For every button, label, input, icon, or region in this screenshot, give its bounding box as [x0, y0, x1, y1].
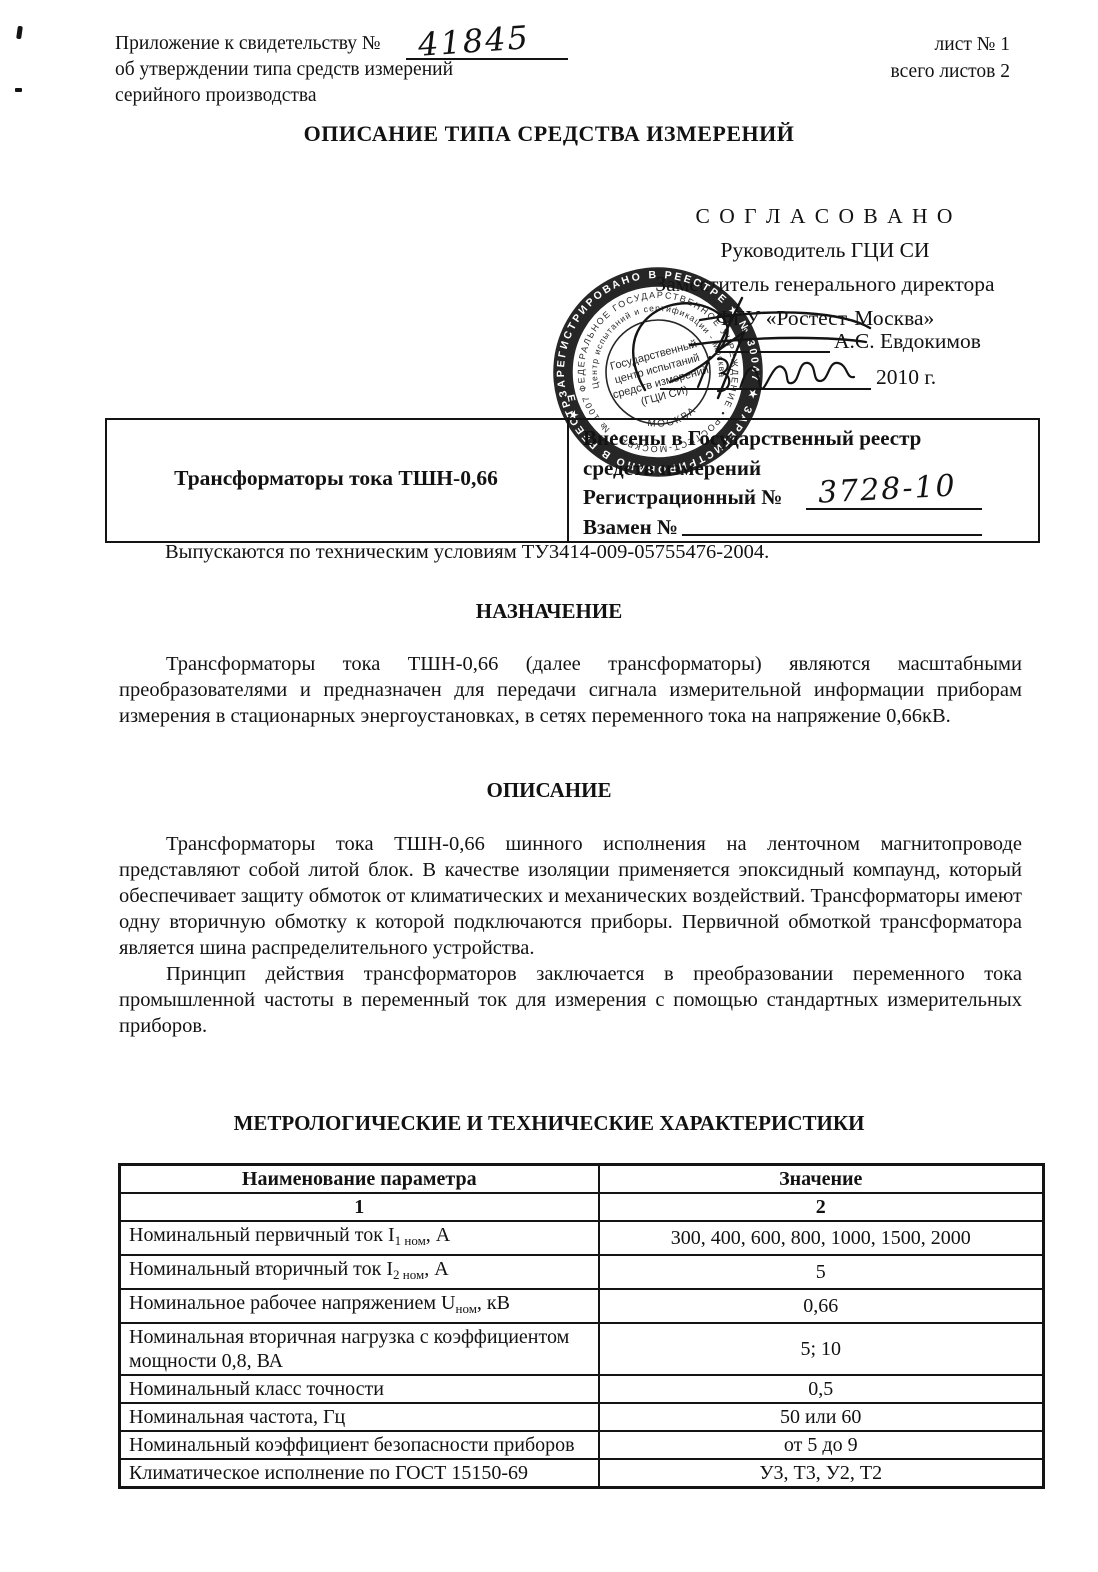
table-row: Номинальная вторичная нагрузка с коэффиц… — [120, 1323, 1044, 1375]
characteristics-heading: МЕТРОЛОГИЧЕСКИЕ И ТЕХНИЧЕСКИЕ ХАРАКТЕРИС… — [0, 1111, 1098, 1136]
value-cell: 5 — [599, 1255, 1044, 1289]
param-cell: Номинальный вторичный ток I2 ном, А — [120, 1255, 599, 1289]
param-cell: Номинальная вторичная нагрузка с коэффиц… — [120, 1323, 599, 1375]
header-line-2: об утверждении типа средств измерений — [115, 57, 453, 83]
registration-box-divider — [567, 418, 569, 541]
registration-number-handwritten: 3728-10 — [817, 468, 957, 510]
approval-block: С О Г Л А С О В А Н О Руководитель ГЦИ С… — [645, 199, 1005, 335]
entry-line-2: средств измерений — [583, 454, 1033, 484]
table-row: Номинальное рабочее напряжением Uном, кВ… — [120, 1289, 1044, 1323]
table-row: Номинальный коэффициент безопасности при… — [120, 1431, 1044, 1459]
description-paragraph-1: Трансформаторы тока ТШН-0,66 шинного исп… — [119, 831, 1022, 961]
replace-number-label: Взамен № — [583, 513, 1033, 543]
scan-artifact — [16, 26, 23, 40]
value-cell: У3, Т3, У2, Т2 — [599, 1459, 1044, 1488]
description-paragraphs: Трансформаторы тока ТШН-0,66 шинного исп… — [119, 831, 1022, 1039]
header-line-1: Приложение к свидетельству № — [115, 31, 453, 57]
param-cell: Номинальный коэффициент безопасности при… — [120, 1431, 599, 1459]
approver-role-2: Заместитель генерального директора — [600, 267, 1050, 301]
description-heading: ОПИСАНИЕ — [0, 778, 1098, 803]
stamp-center-text: Государственный центр испытаний средств … — [604, 337, 713, 415]
total-sheets: всего листов 2 — [891, 58, 1010, 85]
param-cell: Номинальный первичный ток I1 ном, А — [120, 1221, 599, 1255]
characteristics-table: Наименование параметра Значение 1 2 Номи… — [118, 1163, 1045, 1489]
purpose-paragraph: Трансформаторы тока ТШН-0,66 (далее тран… — [119, 651, 1022, 729]
column-number-2: 2 — [599, 1193, 1044, 1221]
header-left: Приложение к свидетельству № об утвержде… — [115, 31, 453, 109]
registration-entry: Внесены в Государственный реестр средств… — [583, 424, 1033, 542]
header-line-3: серийного производства — [115, 83, 453, 109]
value-cell: 50 или 60 — [599, 1403, 1044, 1431]
certificate-number-underline — [406, 58, 568, 60]
table-row: Номинальный вторичный ток I2 ном, А5 — [120, 1255, 1044, 1289]
param-cell: Климатическое исполнение по ГОСТ 15150-6… — [120, 1459, 599, 1488]
document-page: Приложение к свидетельству № об утвержде… — [0, 0, 1098, 1572]
table-row: Номинальная частота, Гц50 или 60 — [120, 1403, 1044, 1431]
certificate-number-handwritten: 41845 — [417, 18, 531, 64]
characteristics-table-body: Наименование параметра Значение 1 2 Номи… — [120, 1165, 1044, 1488]
column-header-value: Значение — [599, 1165, 1044, 1194]
agreed-label: С О Г Л А С О В А Н О — [645, 199, 1005, 233]
column-header-parameter: Наименование параметра — [120, 1165, 599, 1194]
value-cell: 0,66 — [599, 1289, 1044, 1323]
date-underline — [660, 388, 871, 390]
svg-text:Государственный: Государственный — [609, 338, 698, 373]
replace-number-underline — [682, 534, 982, 536]
approver-name: А.С. Евдокимов — [834, 329, 981, 354]
purpose-heading: НАЗНАЧЕНИЕ — [0, 599, 1098, 624]
param-cell: Номинальная частота, Гц — [120, 1403, 599, 1431]
value-cell: от 5 до 9 — [599, 1431, 1044, 1459]
sheet-number: лист № 1 — [891, 31, 1010, 58]
table-row: Климатическое исполнение по ГОСТ 15150-6… — [120, 1459, 1044, 1488]
page-title: ОПИСАНИЕ ТИПА СРЕДСТВА ИЗМЕРЕНИЙ — [0, 121, 1098, 147]
table-colnum-row: 1 2 — [120, 1193, 1044, 1221]
svg-text:центр испытаний: центр испытаний — [613, 352, 701, 386]
svg-text:средств измерений: средств измерений — [612, 364, 711, 401]
table-row: Номинальный класс точности0,5 — [120, 1375, 1044, 1403]
value-cell: 0,5 — [599, 1375, 1044, 1403]
param-cell: Номинальный класс точности — [120, 1375, 599, 1403]
attachment-label: Приложение к свидетельству № — [115, 33, 381, 54]
approval-year: 2010 г. — [876, 365, 936, 390]
scan-artifact — [15, 88, 22, 92]
value-cell: 5; 10 — [599, 1323, 1044, 1375]
purpose-text: Трансформаторы тока ТШН-0,66 (далее тран… — [119, 651, 1022, 729]
entry-line-1: Внесены в Государственный реестр — [583, 424, 1033, 454]
table-row: Номинальный первичный ток I1 ном, А300, … — [120, 1221, 1044, 1255]
signature-underline — [718, 351, 830, 353]
approver-role-1: Руководитель ГЦИ СИ — [645, 233, 1005, 267]
param-cell: Номинальное рабочее напряжением Uном, кВ — [120, 1289, 599, 1323]
header-right: лист № 1 всего листов 2 — [891, 31, 1010, 85]
table-header-row: Наименование параметра Значение — [120, 1165, 1044, 1194]
value-cell: 300, 400, 600, 800, 1000, 1500, 2000 — [599, 1221, 1044, 1255]
instrument-name: Трансформаторы тока ТШН-0,66 — [107, 418, 565, 539]
column-number-1: 1 — [120, 1193, 599, 1221]
registration-number-underline — [806, 508, 982, 510]
tu-conditions-line: Выпускаются по техническим условиям ТУ34… — [165, 541, 769, 564]
description-paragraph-2: Принцип действия трансформаторов заключа… — [119, 961, 1022, 1039]
